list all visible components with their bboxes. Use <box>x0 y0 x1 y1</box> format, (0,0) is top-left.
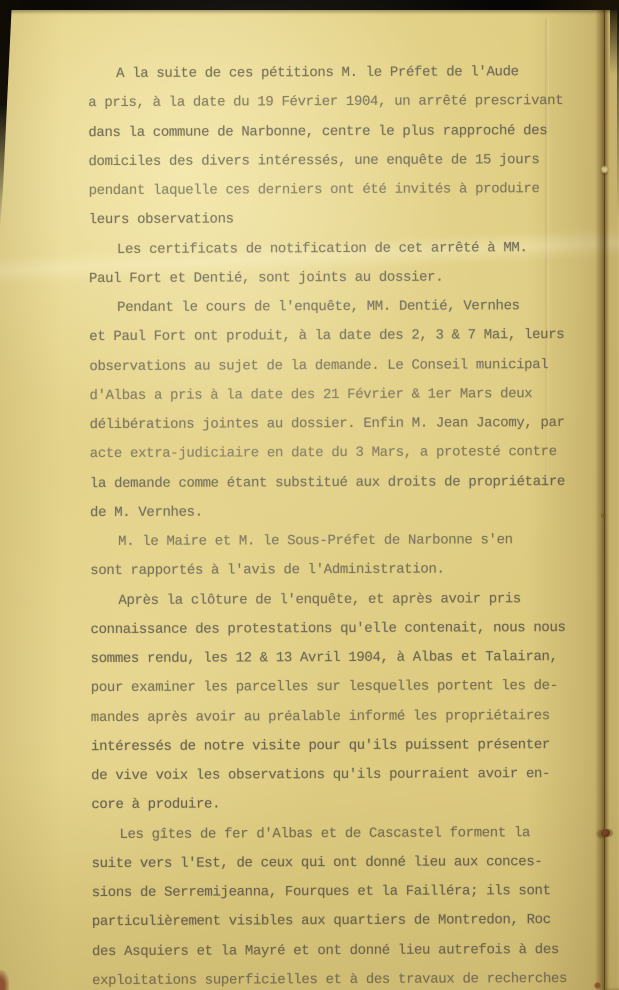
text-line: Paul Fort et Dentié, sont joints au doss… <box>89 263 589 294</box>
text-line: domiciles des divers intéressés, une enq… <box>88 146 588 177</box>
text-line: exploitations superficielles et à des tr… <box>92 965 592 990</box>
scan-frame-top <box>0 0 619 10</box>
adjacent-page-edge <box>604 9 619 990</box>
red-stain-bottom-left <box>0 970 9 990</box>
text-line: Pendant le cours de l'enquête, MM. Denti… <box>89 292 589 323</box>
text-line: particulièrement visibles aux quartiers … <box>92 906 592 937</box>
scanned-document-photo: A la suite de ces pétitions M. le Préfet… <box>0 0 619 990</box>
text-line: Les gîtes de fer d'Albas et de Cascastel… <box>91 818 591 849</box>
text-line: d'Albas a pris à la date des 21 Février … <box>89 380 589 411</box>
text-line: sommes rendu, les 12 & 13 Avril 1904, à … <box>91 643 591 674</box>
text-line: la demande comme étant substitué aux dro… <box>90 467 590 498</box>
text-line: sont rapportés à l'avis de l'Administrat… <box>90 555 590 586</box>
text-line: M. le Maire et M. le Sous-Préfet de Narb… <box>90 526 590 557</box>
text-line: sions de Serremijeanna, Fourques et la F… <box>92 877 592 908</box>
text-line: acte extra-judiciaire en date du 3 Mars,… <box>90 438 590 469</box>
text-line: mandes après avoir au préalable informé … <box>91 701 591 732</box>
text-line: et Paul Fort ont produit, à la date des … <box>89 321 589 352</box>
text-line: Après la clôture de l'enquête, et après … <box>90 584 590 615</box>
scan-frame-right <box>610 0 619 75</box>
document-page: A la suite de ces pétitions M. le Préfet… <box>0 9 619 990</box>
text-line: A la suite de ces pétitions M. le Préfet… <box>88 58 588 89</box>
text-line: pour examiner les parcelles sur lesquell… <box>91 672 591 703</box>
document-text: A la suite de ces pétitions M. le Préfet… <box>88 17 592 990</box>
text-line: suite vers l'Est, de ceux qui ont donné … <box>91 848 591 879</box>
text-line: des Asquiers et la Mayré et ont donné li… <box>92 935 592 966</box>
text-line: a pris, à la date du 19 Février 1904, un… <box>88 87 588 118</box>
binding-pin <box>601 829 610 837</box>
edge-notch <box>601 165 608 174</box>
text-line: observations au sujet de la demande. Le … <box>89 350 589 381</box>
text-line: de M. Vernhes. <box>90 497 590 528</box>
red-stain-bottom-right <box>594 982 601 989</box>
text-line: Les certificats de notification de cet a… <box>89 233 589 264</box>
text-line: de vive voix les observations qu'ils pou… <box>91 760 591 791</box>
text-line: pendant laquelle ces derniers ont été in… <box>89 175 589 206</box>
text-line: dans la commune de Narbonne, centre le p… <box>88 116 588 147</box>
text-line: connaissance des protestations qu'elle c… <box>90 614 590 645</box>
text-line: leurs observations <box>89 204 589 235</box>
text-line: intéressés de notre visite pour qu'ils p… <box>91 731 591 762</box>
text-line: core à produire. <box>91 789 591 820</box>
text-line: délibérations jointes au dossier. Enfin … <box>90 409 590 440</box>
crease-dot <box>601 513 606 518</box>
